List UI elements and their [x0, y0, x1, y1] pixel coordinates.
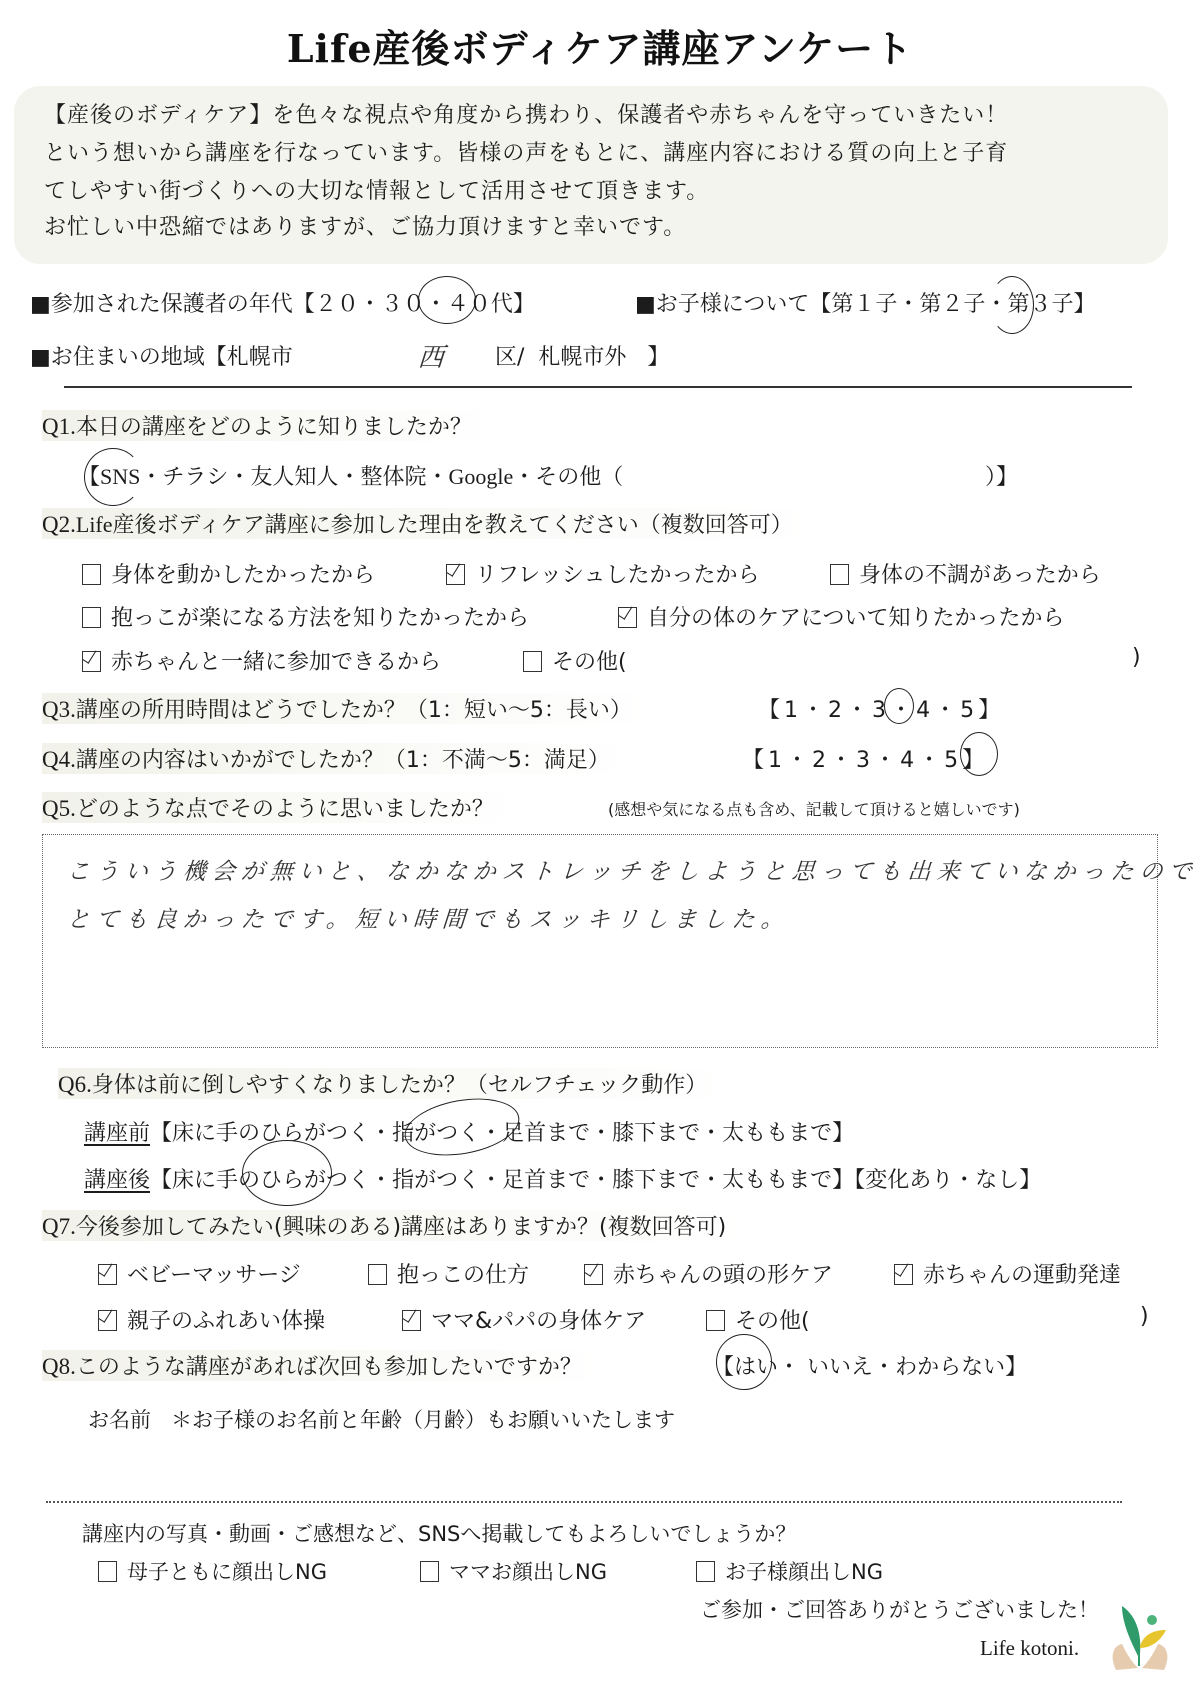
q4-option-5[interactable]: 5: [944, 748, 962, 773]
q5-answer-box[interactable]: こういう機会が無いと、なかなかストレッチをしようと思っても出来ていなかったので …: [42, 834, 1158, 1048]
checkbox-checked[interactable]: [98, 1310, 117, 1331]
survey-title: Life産後ボディケア講座アンケート: [0, 18, 1200, 73]
q3-scale-options: 【1・2・3・4・5】: [758, 693, 1004, 724]
q8-options: 【はい・ いいえ・わからない】: [712, 1350, 1027, 1381]
q2-heading: Q2.Life産後ボディケア講座に参加した理由を教えてください（複数回答可）: [42, 508, 813, 539]
q6-before-option[interactable]: 膝下まで: [612, 1121, 700, 1146]
q8-heading: Q8.このような講座があれば次回も参加したいですか？: [42, 1350, 602, 1381]
name-input-area[interactable]: [88, 1440, 1088, 1490]
q3-option-2[interactable]: 2: [828, 698, 846, 723]
q2-option[interactable]: 身体の不調があったから: [830, 558, 1101, 589]
q3-heading: Q3.講座の所用時間はどうでしたか？（1：短い～5：長い）: [42, 693, 652, 724]
checkbox[interactable]: [420, 1561, 439, 1582]
area-option-outside[interactable]: 札幌市外: [538, 345, 626, 370]
q6-after-option[interactable]: 太ももまで: [722, 1168, 832, 1193]
checkbox-checked[interactable]: [894, 1264, 913, 1285]
q5-answer-line: こういう機会が無いと、なかなかストレッチをしようと思っても出来ていなかったので: [66, 853, 1199, 886]
q1-other-close: ）】: [985, 460, 1018, 491]
checkbox[interactable]: [706, 1310, 725, 1331]
checkbox[interactable]: [368, 1264, 387, 1285]
q7-other-close: ): [1140, 1304, 1149, 1329]
handwritten-ward[interactable]: 西: [417, 337, 452, 374]
checkbox[interactable]: [830, 564, 849, 585]
q7-option[interactable]: 親子のふれあい体操: [98, 1304, 325, 1335]
area-ward-suffix: 区/ 札幌市外 】: [495, 340, 669, 371]
q6-before-row: 講座前【床に手のひらがつく・指がつく・足首まで・膝下まで・太ももまで】: [84, 1116, 854, 1147]
checkbox-checked[interactable]: [584, 1264, 603, 1285]
child-option-3[interactable]: 第３子: [1007, 292, 1073, 317]
child-field: ■お子様について【第１子・第２子・第３子】: [635, 287, 1095, 318]
q3-option-4[interactable]: 4: [916, 698, 934, 723]
checkbox-checked[interactable]: [618, 607, 637, 628]
age-field: ■参加された保護者の年代【２０・３０・４０代】: [30, 287, 535, 318]
checkbox-checked[interactable]: [98, 1264, 117, 1285]
section-divider-dotted: [46, 1501, 1122, 1503]
q4-option-4[interactable]: 4: [900, 748, 918, 773]
q4-scale-options: 【1・2・3・4・5】: [742, 743, 988, 774]
leaf-logo-icon: [1108, 1600, 1172, 1672]
intro-line: 【産後のボディケア】を色々な視点や角度から携わり、保護者や赤ちゃんを守っていきた…: [44, 98, 1008, 129]
q7-option[interactable]: ママ&パパの身体ケア: [402, 1304, 646, 1335]
q6-before-option[interactable]: 床に手のひらがつく: [172, 1121, 370, 1146]
q6-after-option[interactable]: 指がつく: [392, 1168, 480, 1193]
q1-option-other[interactable]: その他（: [535, 465, 623, 490]
q7-option[interactable]: 赤ちゃんの頭の形ケア: [584, 1258, 833, 1289]
checkbox[interactable]: [98, 1561, 117, 1582]
sns-option[interactable]: お子様顔出しNG: [696, 1556, 883, 1586]
q6-after-option[interactable]: 足首まで: [502, 1168, 590, 1193]
q6-after-option[interactable]: 床に手のひらがつく: [172, 1168, 370, 1193]
q4-heading: Q4.講座の内容はいかがでしたか？（1：不満～5：満足）: [42, 743, 630, 774]
q2-option[interactable]: 抱っこが楽になる方法を知りたかったから: [82, 601, 529, 632]
area-field: ■お住まいの地域【札幌市: [30, 340, 293, 371]
intro-line: てしやすい街づくりへの大切な情報として活用させて頂きます。: [44, 174, 709, 205]
q3-option-5[interactable]: 5: [960, 698, 978, 723]
q7-option[interactable]: 抱っこの仕方: [368, 1258, 529, 1289]
thanks-message: ご参加・ご回答ありがとうございました！: [700, 1594, 1099, 1624]
checkbox[interactable]: [523, 651, 542, 672]
sns-question: 講座内の写真・動画・ご感想など、SNSへ掲載してもよろしいでしょうか？: [82, 1518, 796, 1548]
q4-option-2[interactable]: 2: [812, 748, 830, 773]
q6-after-label: 講座後: [84, 1168, 150, 1193]
q2-option[interactable]: 身体を動かしたかったから: [82, 558, 375, 589]
q5-answer-line: とても良かったです。短い時間でもスッキリしました。: [66, 901, 791, 934]
intro-line: という想いから講座を行なっています。皆様の声をもとに、講座内容における質の向上と…: [44, 136, 1008, 167]
q6-after-row: 講座後【床に手のひらがつく・指がつく・足首まで・膝下まで・太ももまで】【変化あり…: [84, 1163, 1041, 1194]
q7-option[interactable]: ベビーマッサージ: [98, 1258, 301, 1289]
q6-before-option[interactable]: 足首まで: [502, 1121, 590, 1146]
age-option-40[interactable]: ４０代: [447, 292, 513, 317]
name-label: お名前: [88, 1408, 151, 1432]
q6-change-no[interactable]: なし: [975, 1168, 1019, 1193]
q6-before-option[interactable]: 指がつく: [392, 1121, 480, 1146]
q6-heading: Q6.身体は前に倒しやすくなりましたか？（セルフチェック動作）: [58, 1068, 727, 1099]
age-option-30[interactable]: ３０: [381, 292, 425, 317]
q6-before-option[interactable]: 太ももまで: [722, 1121, 832, 1146]
child-option-1[interactable]: 第１子: [831, 292, 897, 317]
name-note: ＊お子様のお名前と年齢（月齢）もお願いいたします: [171, 1408, 675, 1432]
q6-after-option[interactable]: 膝下まで: [612, 1168, 700, 1193]
section-divider: [64, 386, 1132, 388]
q1-options: 【SNS・チラシ・友人知人・整体院・Google・その他（: [78, 460, 623, 491]
q8-option-unsure[interactable]: わからない: [895, 1355, 1005, 1380]
q7-option[interactable]: 赤ちゃんの運動発達: [894, 1258, 1121, 1289]
checkbox[interactable]: [696, 1561, 715, 1582]
q3-option-3[interactable]: 3: [872, 698, 890, 723]
q4-option-3[interactable]: 3: [856, 748, 874, 773]
q1-option-flyer[interactable]: チラシ: [162, 465, 228, 490]
q1-option-google[interactable]: Google: [448, 464, 513, 489]
q7-option-other[interactable]: その他(: [706, 1304, 810, 1335]
q2-option[interactable]: リフレッシュしたかったから: [446, 558, 759, 589]
q2-option[interactable]: 赤ちゃんと一緒に参加できるから: [82, 645, 441, 676]
q5-note: (感想や気になる点も含め、記載して頂けると嬉しいです): [608, 797, 1020, 820]
q3-option-1[interactable]: 1: [784, 698, 802, 723]
sns-option[interactable]: 母子ともに顔出しNG: [98, 1556, 327, 1586]
child-option-2[interactable]: 第２子: [919, 292, 985, 317]
q1-option-sns[interactable]: SNS: [100, 464, 140, 489]
sns-option[interactable]: ママお顔出しNG: [420, 1556, 607, 1586]
q1-option-friend[interactable]: 友人知人: [250, 465, 338, 490]
q1-option-clinic[interactable]: 整体院: [360, 465, 426, 490]
intro-line: お忙しい中恐縮ではありますが、ご協力頂けますと幸いです。: [44, 210, 686, 241]
checkbox[interactable]: [82, 564, 101, 585]
q7-heading: Q7.今後参加してみたい(興味のある)講座はありますか？(複数回答可): [42, 1210, 746, 1241]
q5-heading: Q5.どのような点でそのように思いましたか？: [42, 792, 514, 823]
q2-option[interactable]: 自分の体のケアについて知りたかったから: [618, 601, 1065, 632]
checkbox[interactable]: [82, 607, 101, 628]
checkbox-checked[interactable]: [402, 1310, 421, 1331]
brand-name: Life kotoni.: [980, 1636, 1079, 1661]
q2-option-other[interactable]: その他(: [523, 645, 627, 676]
q8-option-no[interactable]: いいえ: [807, 1355, 873, 1380]
q4-option-1[interactable]: 1: [768, 748, 786, 773]
q6-change-yes[interactable]: 変化あり: [865, 1168, 953, 1193]
q6-before-label: 講座前: [84, 1121, 150, 1146]
checkbox-checked[interactable]: [82, 651, 101, 672]
q2-other-close: ): [1132, 645, 1141, 670]
q8-option-yes[interactable]: はい: [734, 1355, 778, 1380]
name-row: お名前 ＊お子様のお名前と年齢（月齢）もお願いいたします: [88, 1404, 675, 1434]
checkbox-checked[interactable]: [446, 564, 465, 585]
intro-panel: 【産後のボディケア】を色々な視点や角度から携わり、保護者や赤ちゃんを守っていきた…: [14, 86, 1168, 264]
q1-heading: Q1.本日の講座をどのように知りましたか？: [42, 410, 492, 441]
age-option-20[interactable]: ２０: [315, 292, 359, 317]
